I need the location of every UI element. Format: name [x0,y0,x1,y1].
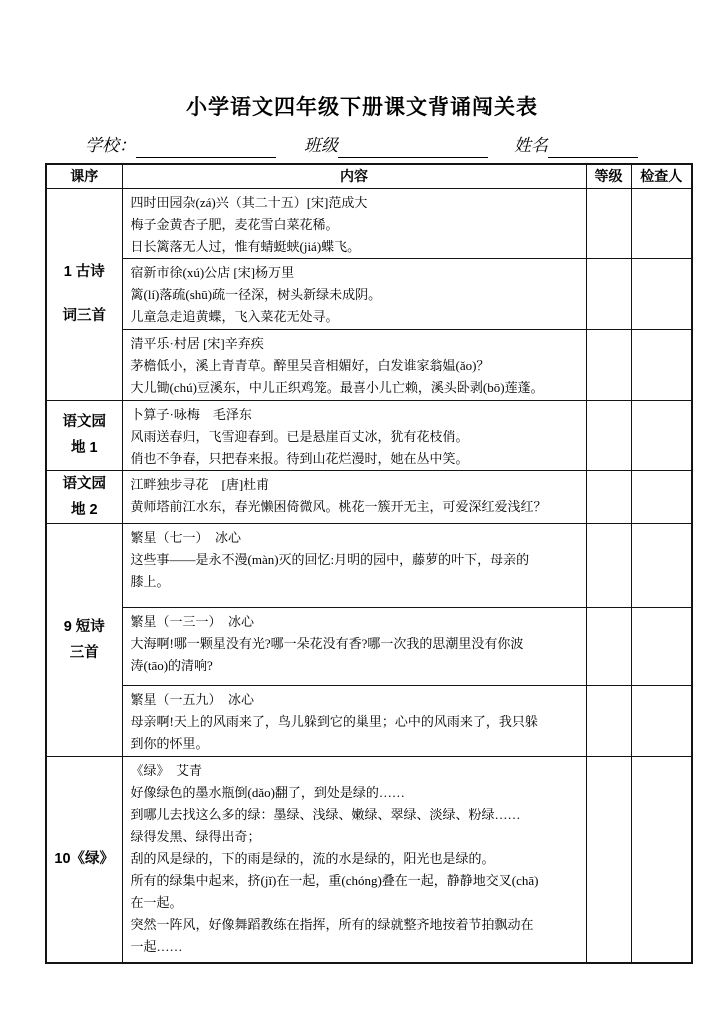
text-line: 好像绿色的墨水瓶倒(dǎo)翻了，到处是绿的…… [131,782,584,804]
text-line: 一起…… [131,936,584,958]
text-line: 日长篱落无人过，惟有蜻蜓蛱(jiá)蝶飞。 [131,236,584,258]
text-line: 黄师塔前江水东，春光懒困倚微风。桃花一簇开无主，可爱深红爱浅红？ [131,496,584,518]
text-line: 繁星（一三一） 冰心 [131,611,584,633]
name-label: 姓名 [514,134,548,158]
text-line: 1 古诗 [49,250,120,294]
text-line: 宿新市徐(xú)公店 [宋]杨万里 [131,262,584,284]
text-line: 四时田园杂(zá)兴（其二十五）[宋]范成大 [131,192,584,214]
text-line: 9 短诗 [49,614,120,640]
text-line: 在一起。 [131,892,584,914]
checker-cell[interactable] [631,258,692,329]
section-label-duanshi: 9 短诗三首 [46,523,122,756]
header-lesson-order: 课序 [46,164,122,188]
text-line: 母亲啊!天上的风雨来了，鸟儿躲到它的巢里；心中的风雨来了，我只躲 [131,711,584,733]
content-cell-poem-suxinshi: 宿新市徐(xú)公店 [宋]杨万里篱(lí)落疏(shū)疏一径深，树头新绿未成… [122,258,586,329]
grade-cell[interactable] [586,470,631,523]
content-cell-poem-qingpingle: 清平乐·村居 [宋]辛弃疾茅檐低小，溪上青青草。醉里吴音相媚好，白发谁家翁媪(ǎ… [122,329,586,400]
header-grade: 等级 [586,164,631,188]
text-line: 繁星（一五九） 冰心 [131,689,584,711]
checker-cell[interactable] [631,607,692,685]
form-header-line: 学校： 班级 姓名 [85,131,638,158]
text-line: 《绿》 艾青 [131,760,584,782]
section-label-gushici: 1 古诗词三首 [46,188,122,400]
text-line: 卜算子·咏梅 毛泽东 [131,404,584,426]
page-title: 小学语文四年级下册课文背诵闯关表 [0,91,724,121]
text-line: 突然一阵风，好像舞蹈教练在指挥，所有的绿就整齐地按着节拍飘动在 [131,914,584,936]
text-line: 地 2 [49,497,120,523]
school-blank-field[interactable] [136,134,276,158]
text-line: 梅子金黄杏子肥，麦花雪白菜花稀。 [131,214,584,236]
text-line: 三首 [49,640,120,666]
text-line: 涛(tāo)的清响? [131,655,584,677]
grade-cell[interactable] [586,188,631,258]
section-label-yuwenyuandi-1: 语文园地 1 [46,400,122,470]
text-line: 地 1 [49,435,120,461]
text-line: 俏也不争春，只把春来报。待到山花烂漫时，她在丛中笑。 [131,448,584,470]
table-header-row: 课序 内容 等级 检查人 [46,164,692,188]
grade-cell[interactable] [586,756,631,963]
header-checker: 检查人 [631,164,692,188]
text-line: 茅檐低小，溪上青青草。醉里吴音相媚好，白发谁家翁媪(ǎo)？ [131,355,584,377]
grade-cell[interactable] [586,258,631,329]
checker-cell[interactable] [631,329,692,400]
text-line: 膝上。 [131,571,584,593]
text-line: 10《绿》 [49,846,120,872]
text-line: 清平乐·村居 [宋]辛弃疾 [131,333,584,355]
checker-cell[interactable] [631,470,692,523]
text-line: 大儿锄(chú)豆溪东，中儿正织鸡笼。最喜小儿亡赖，溪头卧剥(bō)莲蓬。 [131,377,584,399]
text-line: 江畔独步寻花 [唐]杜甫 [131,474,584,496]
table-row: 繁星（一五九） 冰心母亲啊!天上的风雨来了，鸟儿躲到它的巢里；心中的风雨来了，我… [46,685,692,756]
checker-cell[interactable] [631,188,692,258]
checker-cell[interactable] [631,400,692,470]
table-row: 宿新市徐(xú)公店 [宋]杨万里篱(lí)落疏(shū)疏一径深，树头新绿未成… [46,258,692,329]
text-line: 刮的风是绿的，下的雨是绿的，流的水是绿的，阳光也是绿的。 [131,848,584,870]
grade-cell[interactable] [586,523,631,607]
text-line: 儿童急走追黄蝶，飞入菜花无处寻。 [131,306,584,328]
class-label: 班级 [304,134,338,158]
grade-cell[interactable] [586,607,631,685]
text-line: 语文园 [49,471,120,497]
text-line: 繁星（七一） 冰心 [131,527,584,549]
recitation-table: 课序 内容 等级 检查人 1 古诗词三首 四时田园杂(zá)兴（其二十五）[宋]… [45,163,693,964]
content-cell-fanxing-71: 繁星（七一） 冰心这些事——是永不漫(màn)灭的回忆:月明的园中，藤萝的叶下，… [122,523,586,607]
checker-cell[interactable] [631,756,692,963]
grade-cell[interactable] [586,400,631,470]
section-label-yuwenyuandi-2: 语文园地 2 [46,470,122,523]
checker-cell[interactable] [631,523,692,607]
table-row: 9 短诗三首 繁星（七一） 冰心这些事——是永不漫(màn)灭的回忆:月明的园中… [46,523,692,607]
text-line: 语文园 [49,409,120,435]
name-blank-field[interactable] [548,134,638,158]
text-line: 到哪儿去找这么多的绿：墨绿、浅绿、嫩绿、翠绿、淡绿、粉绿…… [131,804,584,826]
content-cell-busuanzi: 卜算子·咏梅 毛泽东风雨送春归，飞雪迎春到。已是悬崖百丈冰，犹有花枝俏。俏也不争… [122,400,586,470]
table-row: 语文园地 1 卜算子·咏梅 毛泽东风雨送春归，飞雪迎春到。已是悬崖百丈冰，犹有花… [46,400,692,470]
text-line: 绿得发黑、绿得出奇； [131,826,584,848]
table-row: 10《绿》 《绿》 艾青好像绿色的墨水瓶倒(dǎo)翻了，到处是绿的……到哪儿去… [46,756,692,963]
school-label: 学校： [85,134,136,158]
section-label-lv: 10《绿》 [46,756,122,963]
table-row: 1 古诗词三首 四时田园杂(zá)兴（其二十五）[宋]范成大梅子金黄杏子肥，麦花… [46,188,692,258]
header-content: 内容 [122,164,586,188]
checker-cell[interactable] [631,685,692,756]
content-cell-jiangpan: 江畔独步寻花 [唐]杜甫黄师塔前江水东，春光懒困倚微风。桃花一簇开无主，可爱深红… [122,470,586,523]
text-line: 风雨送春归，飞雪迎春到。已是悬崖百丈冰，犹有花枝俏。 [131,426,584,448]
text-line: 到你的怀里。 [131,733,584,755]
table-row: 清平乐·村居 [宋]辛弃疾茅檐低小，溪上青青草。醉里吴音相媚好，白发谁家翁媪(ǎ… [46,329,692,400]
document-page: 小学语文四年级下册课文背诵闯关表 学校： 班级 姓名 课序 内容 等级 检查人 … [0,0,724,1024]
grade-cell[interactable] [586,329,631,400]
text-line: 这些事——是永不漫(màn)灭的回忆:月明的园中，藤萝的叶下，母亲的 [131,549,584,571]
table-row: 繁星（一三一） 冰心大海啊!哪一颗星没有光?哪一朵花没有香?哪一次我的思潮里没有… [46,607,692,685]
text-line: 词三首 [49,294,120,338]
content-cell-fanxing-159: 繁星（一五九） 冰心母亲啊!天上的风雨来了，鸟儿躲到它的巢里；心中的风雨来了，我… [122,685,586,756]
text-line: 篱(lí)落疏(shū)疏一径深，树头新绿未成阴。 [131,284,584,306]
content-cell-lv: 《绿》 艾青好像绿色的墨水瓶倒(dǎo)翻了，到处是绿的……到哪儿去找这么多的绿… [122,756,586,963]
table-row: 语文园地 2 江畔独步寻花 [唐]杜甫黄师塔前江水东，春光懒困倚微风。桃花一簇开… [46,470,692,523]
content-cell-fanxing-131: 繁星（一三一） 冰心大海啊!哪一颗星没有光?哪一朵花没有香?哪一次我的思潮里没有… [122,607,586,685]
text-line: 大海啊!哪一颗星没有光?哪一朵花没有香?哪一次我的思潮里没有你波 [131,633,584,655]
class-blank-field[interactable] [338,134,488,158]
grade-cell[interactable] [586,685,631,756]
content-cell-poem-sishitianyuan: 四时田园杂(zá)兴（其二十五）[宋]范成大梅子金黄杏子肥，麦花雪白菜花稀。日长… [122,188,586,258]
text-line: 所有的绿集中起来，挤(jǐ)在一起，重(chóng)叠在一起，静静地交叉(chā… [131,870,584,892]
